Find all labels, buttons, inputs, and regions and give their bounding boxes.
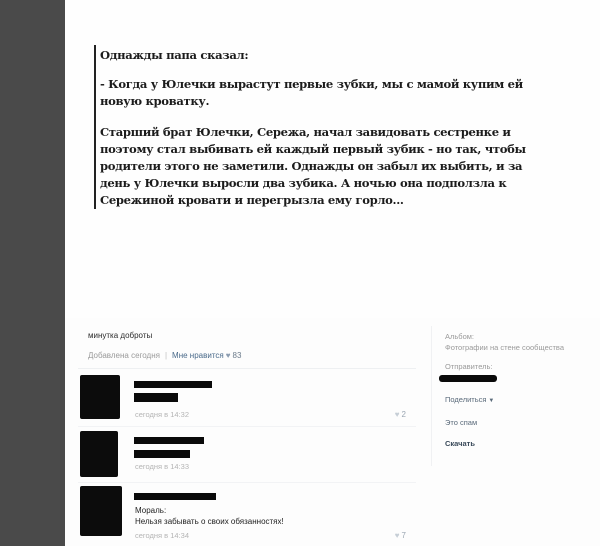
heart-icon: ♥ [395,410,400,419]
story-paragraph: - Когда у Юлечки вырастут первые зубки, … [100,76,549,110]
photo-sidebar: Альбом: Фотографии на стене сообщества О… [445,331,585,449]
heart-icon: ♥ [395,531,400,540]
comment-text-redacted [134,393,178,402]
comment-like-button[interactable]: ♥ 2 [395,410,406,419]
comment-like-count: 7 [402,531,406,540]
heart-icon: ♥ [226,351,231,360]
story-title: Однажды папа сказал: [100,47,549,64]
added-date: Добавлена сегодня [88,351,160,360]
comment-time[interactable]: сегодня в 14:34 [135,531,189,540]
caret-down-icon: ▼ [488,398,494,404]
author-name-redacted [134,437,204,444]
sender-label: Отправитель: [445,361,585,372]
comment-text-line: Мораль: [135,505,284,516]
like-count: 83 [233,351,242,360]
avatar-redacted[interactable] [80,431,118,477]
story-text-block: Однажды папа сказал: - Когда у Юлечки вы… [94,45,549,209]
avatar-redacted[interactable] [80,375,120,419]
comment-time[interactable]: сегодня в 14:33 [135,462,189,471]
comment-time[interactable]: сегодня в 14:32 [135,410,189,419]
comment-item: сегодня в 14:33 [78,426,416,482]
left-dark-margin [0,0,65,546]
comment-like-count: 2 [402,410,406,419]
story-paragraph: Старший брат Юлечки, Сережа, начал завид… [100,124,549,209]
album-label: Альбом: [445,331,585,342]
comment-like-button[interactable]: ♥ 7 [395,531,406,540]
share-label: Поделиться [445,395,486,404]
share-button[interactable]: Поделиться▼ [445,394,585,407]
author-name-redacted [134,381,212,388]
report-spam-button[interactable]: Это спам [445,417,585,428]
sender-name-redacted[interactable] [439,375,497,382]
like-button[interactable]: Мне нравится [172,351,224,360]
download-button[interactable]: Скачать [445,438,585,449]
album-link[interactable]: Фотографии на стене сообщества [445,342,585,353]
comment-text: Мораль: Нельзя забывать о своих обязанно… [135,505,284,527]
author-name-redacted [134,493,216,500]
sidebar-divider [431,326,432,466]
comment-text-redacted [134,450,190,458]
post-meta: Добавлена сегодня | Мне нравится ♥ 83 [88,351,241,360]
avatar-redacted[interactable] [80,486,122,536]
comment-item: сегодня в 14:32 ♥ 2 [78,368,416,426]
comment-item: Мораль: Нельзя забывать о своих обязанно… [78,482,416,546]
album-name-link[interactable]: минутка доброты [88,331,152,340]
comment-text-line: Нельзя забывать о своих обязанностях! [135,516,284,527]
meta-separator: | [165,351,167,360]
